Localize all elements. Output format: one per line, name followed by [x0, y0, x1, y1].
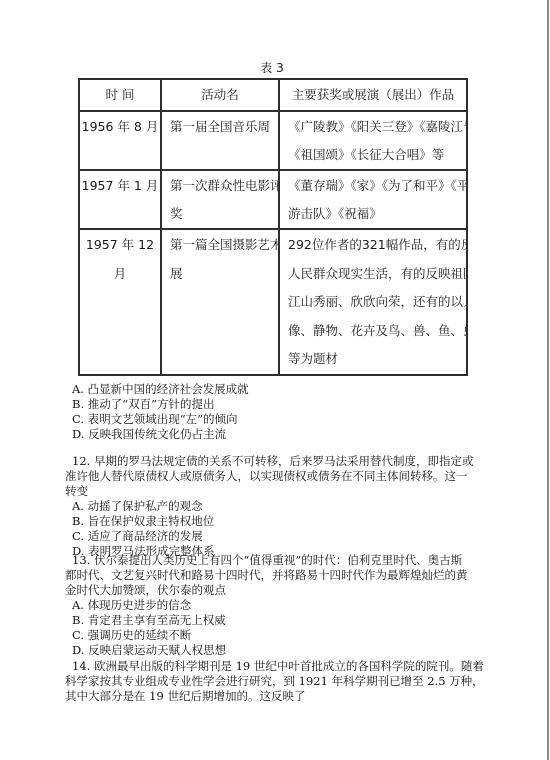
cell-line: 奖 [170, 200, 272, 228]
cell-line: 像、静物、花卉及鸟、兽、鱼、虫 [288, 317, 460, 346]
cell-line: 等为题材 [288, 345, 460, 374]
option-line-b: B. 肯定君主享有至高无上权威 [65, 613, 497, 628]
cell-line: 《广陵教》《阳关三登》《嘉陵江号子》 [288, 113, 460, 141]
table-row: 1957 年 1 月 第一次群众性电影评 奖 《董存瑞》《家》《为了和平》《平原… [79, 170, 467, 229]
cell-line: 江山秀丽、欣欣向荣，还有的以人 [288, 288, 460, 317]
cell-line: 1956 年 8 月 [80, 113, 160, 141]
question-line: 科学家按其专业组成专业性学会进行研究，到 1921 年科学期刊已增至 2.5 万… [65, 674, 497, 689]
table-row: 1956 年 8 月 第一届全国音乐周 《广陵教》《阳关三登》《嘉陵江号子》 《… [79, 111, 467, 170]
cell-line: 第一篇全国摄影艺术 [170, 231, 272, 260]
cell-line: 第一次群众性电影评 [170, 172, 272, 200]
table-header-row: 时 间 活动名 主要获奖或展演（展出）作品 [79, 79, 467, 111]
option-line-c: C. 适应了商品经济的发展 [65, 529, 497, 544]
question-line: 13. 伏尔泰提出人类历史上有四个“值得重视”的时代：伯利克里时代、奥古斯 [65, 553, 497, 568]
cell-line: 292位作者的321幅作品，有的反映 [288, 231, 460, 260]
question-line: 14. 欧洲最早出版的科学期刊是 19 世纪中叶首批成立的各国科学院的院刊。随着 [65, 659, 497, 674]
question-line: 12. 早期的罗马法规定债的关系不可转移，后来罗马法采用替代制度，即指定或 [65, 454, 497, 469]
cell-line: 游击队》《祝福》 [288, 200, 460, 228]
option-line-a: A. 凸显新中国的经济社会发展成就 [65, 382, 497, 397]
table-row: 1957 年 12 月 第一篇全国摄影艺术 展 292位作者的321幅作品，有的… [79, 229, 467, 375]
option-line-a: A. 动摇了保护私产的观念 [65, 499, 497, 514]
activity-cell: 第一篇全国摄影艺术 展 [161, 229, 279, 375]
question-12: 12. 早期的罗马法规定债的关系不可转移，后来罗马法采用替代制度，即指定或 准许… [65, 454, 497, 559]
time-cell: 1957 年 1 月 [79, 170, 161, 229]
question-line: 转变 [65, 484, 497, 499]
cell-line: 人民群众现实生活，有的反映祖国 [288, 260, 460, 289]
col-header-works: 主要获奖或展演（展出）作品 [279, 79, 467, 111]
cell-line: 《祖国颂》《长征大合唱》等 [288, 141, 460, 169]
cell-line: 月 [80, 260, 160, 289]
col-header-time: 时 间 [79, 79, 161, 111]
works-cell: 《董存瑞》《家》《为了和平》《平原 游击队》《祝福》 [279, 170, 467, 229]
cell-line: 展 [170, 260, 272, 289]
question-line: 都时代、文艺复兴时代和路易十四时代，并将路易十四时代作为最辉煌灿烂的黄 [65, 568, 497, 583]
option-line-c: C. 表明文艺领域出现“左”的倾向 [65, 412, 497, 427]
option-line-d: D. 反映启蒙运动天赋人权思想 [65, 643, 497, 658]
activity-cell: 第一次群众性电影评 奖 [161, 170, 279, 229]
option-line-b: B. 推动了“双百”方针的提出 [65, 397, 497, 412]
table-caption: 表 3 [78, 59, 466, 76]
time-cell: 1957 年 12 月 [79, 229, 161, 375]
question-line: 准许他人替代原债权人或原债务人，以实现债权或债务在不同主体间转移。这一 [65, 469, 497, 484]
option-line-a: A. 体现历史进步的信念 [65, 598, 497, 613]
question-14: 14. 欧洲最早出版的科学期刊是 19 世纪中叶首批成立的各国科学院的院刊。随着… [65, 659, 497, 704]
time-cell: 1956 年 8 月 [79, 111, 161, 170]
table-3: 时 间 活动名 主要获奖或展演（展出）作品 1956 年 8 月 第一届全国音乐… [78, 78, 468, 376]
cell-line: 1957 年 1 月 [80, 172, 160, 200]
col-header-activity: 活动名 [161, 79, 279, 111]
question-13: 13. 伏尔泰提出人类历史上有四个“值得重视”的时代：伯利克里时代、奥古斯 都时… [65, 553, 497, 658]
option-line-c: C. 强调历史的延续不断 [65, 628, 497, 643]
table-question-options: A. 凸显新中国的经济社会发展成就 B. 推动了“双百”方针的提出 C. 表明文… [65, 382, 497, 442]
question-line: 其中大部分是在 19 世纪后期增加的。这反映了 [65, 689, 497, 704]
works-cell: 292位作者的321幅作品，有的反映 人民群众现实生活，有的反映祖国 江山秀丽、… [279, 229, 467, 375]
option-line-d: D. 反映我国传统文化仍占主流 [65, 427, 497, 442]
cell-line: 1957 年 12 [80, 231, 160, 260]
cell-line: 第一届全国音乐周 [170, 113, 272, 141]
question-line: 金时代大加赞颂，伏尔泰的观点 [65, 583, 497, 598]
works-cell: 《广陵教》《阳关三登》《嘉陵江号子》 《祖国颂》《长征大合唱》等 [279, 111, 467, 170]
option-line-b: B. 旨在保护奴隶主特权地位 [65, 514, 497, 529]
page: { "colors": { "background": "#ffffff", "… [0, 0, 550, 760]
activity-cell: 第一届全国音乐周 [161, 111, 279, 170]
page-edge-line [547, 0, 549, 760]
cell-line: 《董存瑞》《家》《为了和平》《平原 [288, 172, 460, 200]
